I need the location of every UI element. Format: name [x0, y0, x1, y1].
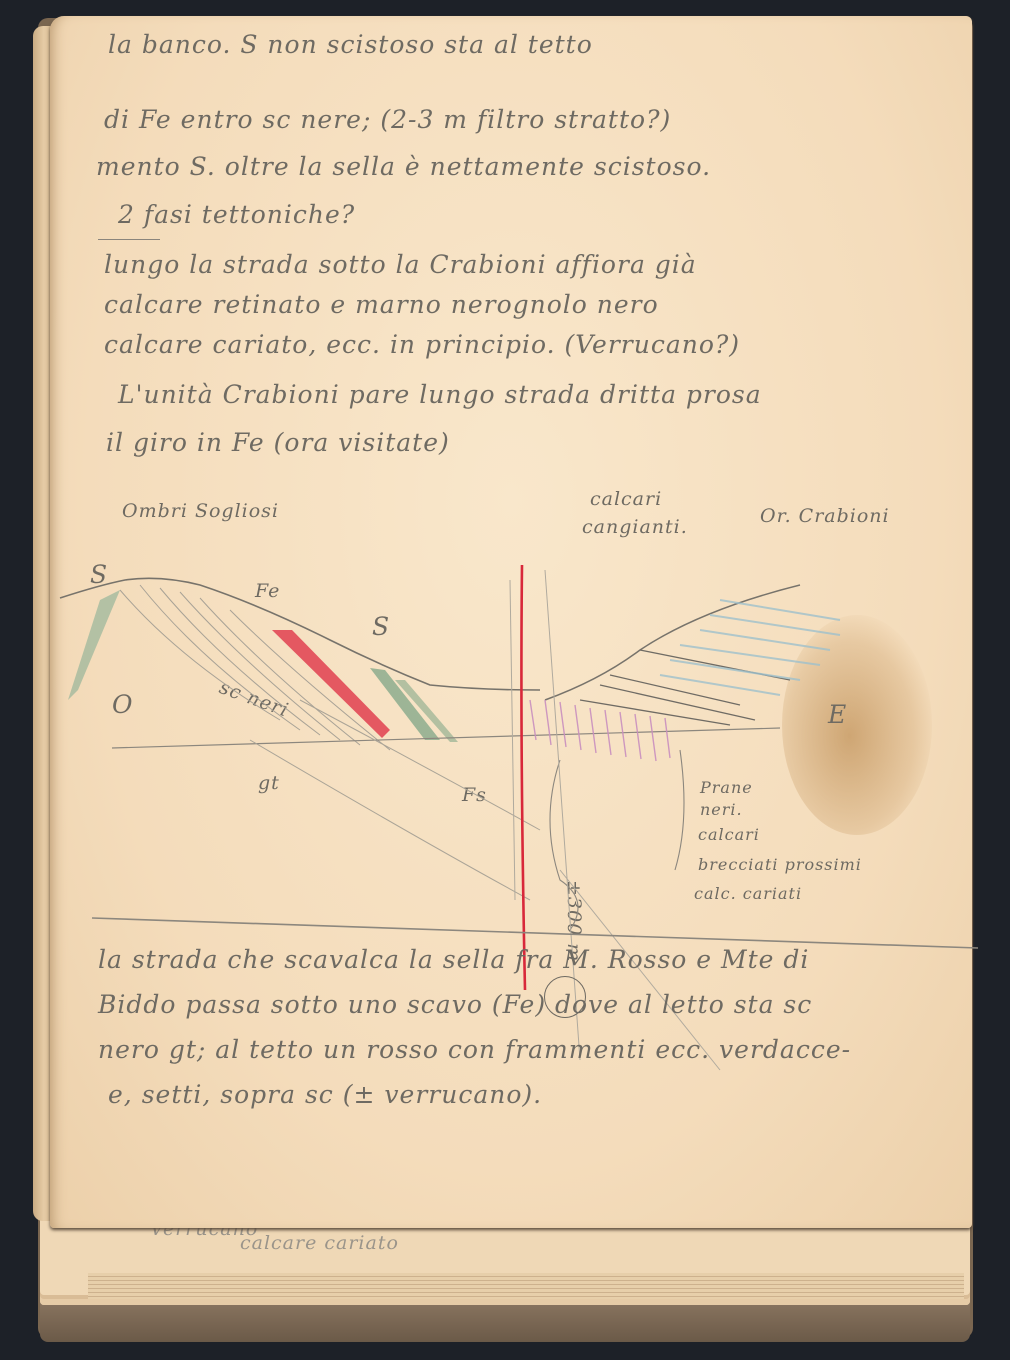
lower-note-line-3: nero gt; al tetto un rosso con frammenti… — [98, 1035, 851, 1064]
lower-note-line-2: Biddo passa sotto uno scavo (Fe) dove al… — [98, 990, 812, 1019]
lower-note-line-4: e, setti, sopra sc (± verrucano). — [108, 1080, 542, 1109]
circled-fe — [544, 976, 586, 1018]
cross-section-drawing — [0, 0, 1010, 1360]
lower-note-line-1: la strada che scavalca la sella fra M. R… — [98, 945, 809, 974]
